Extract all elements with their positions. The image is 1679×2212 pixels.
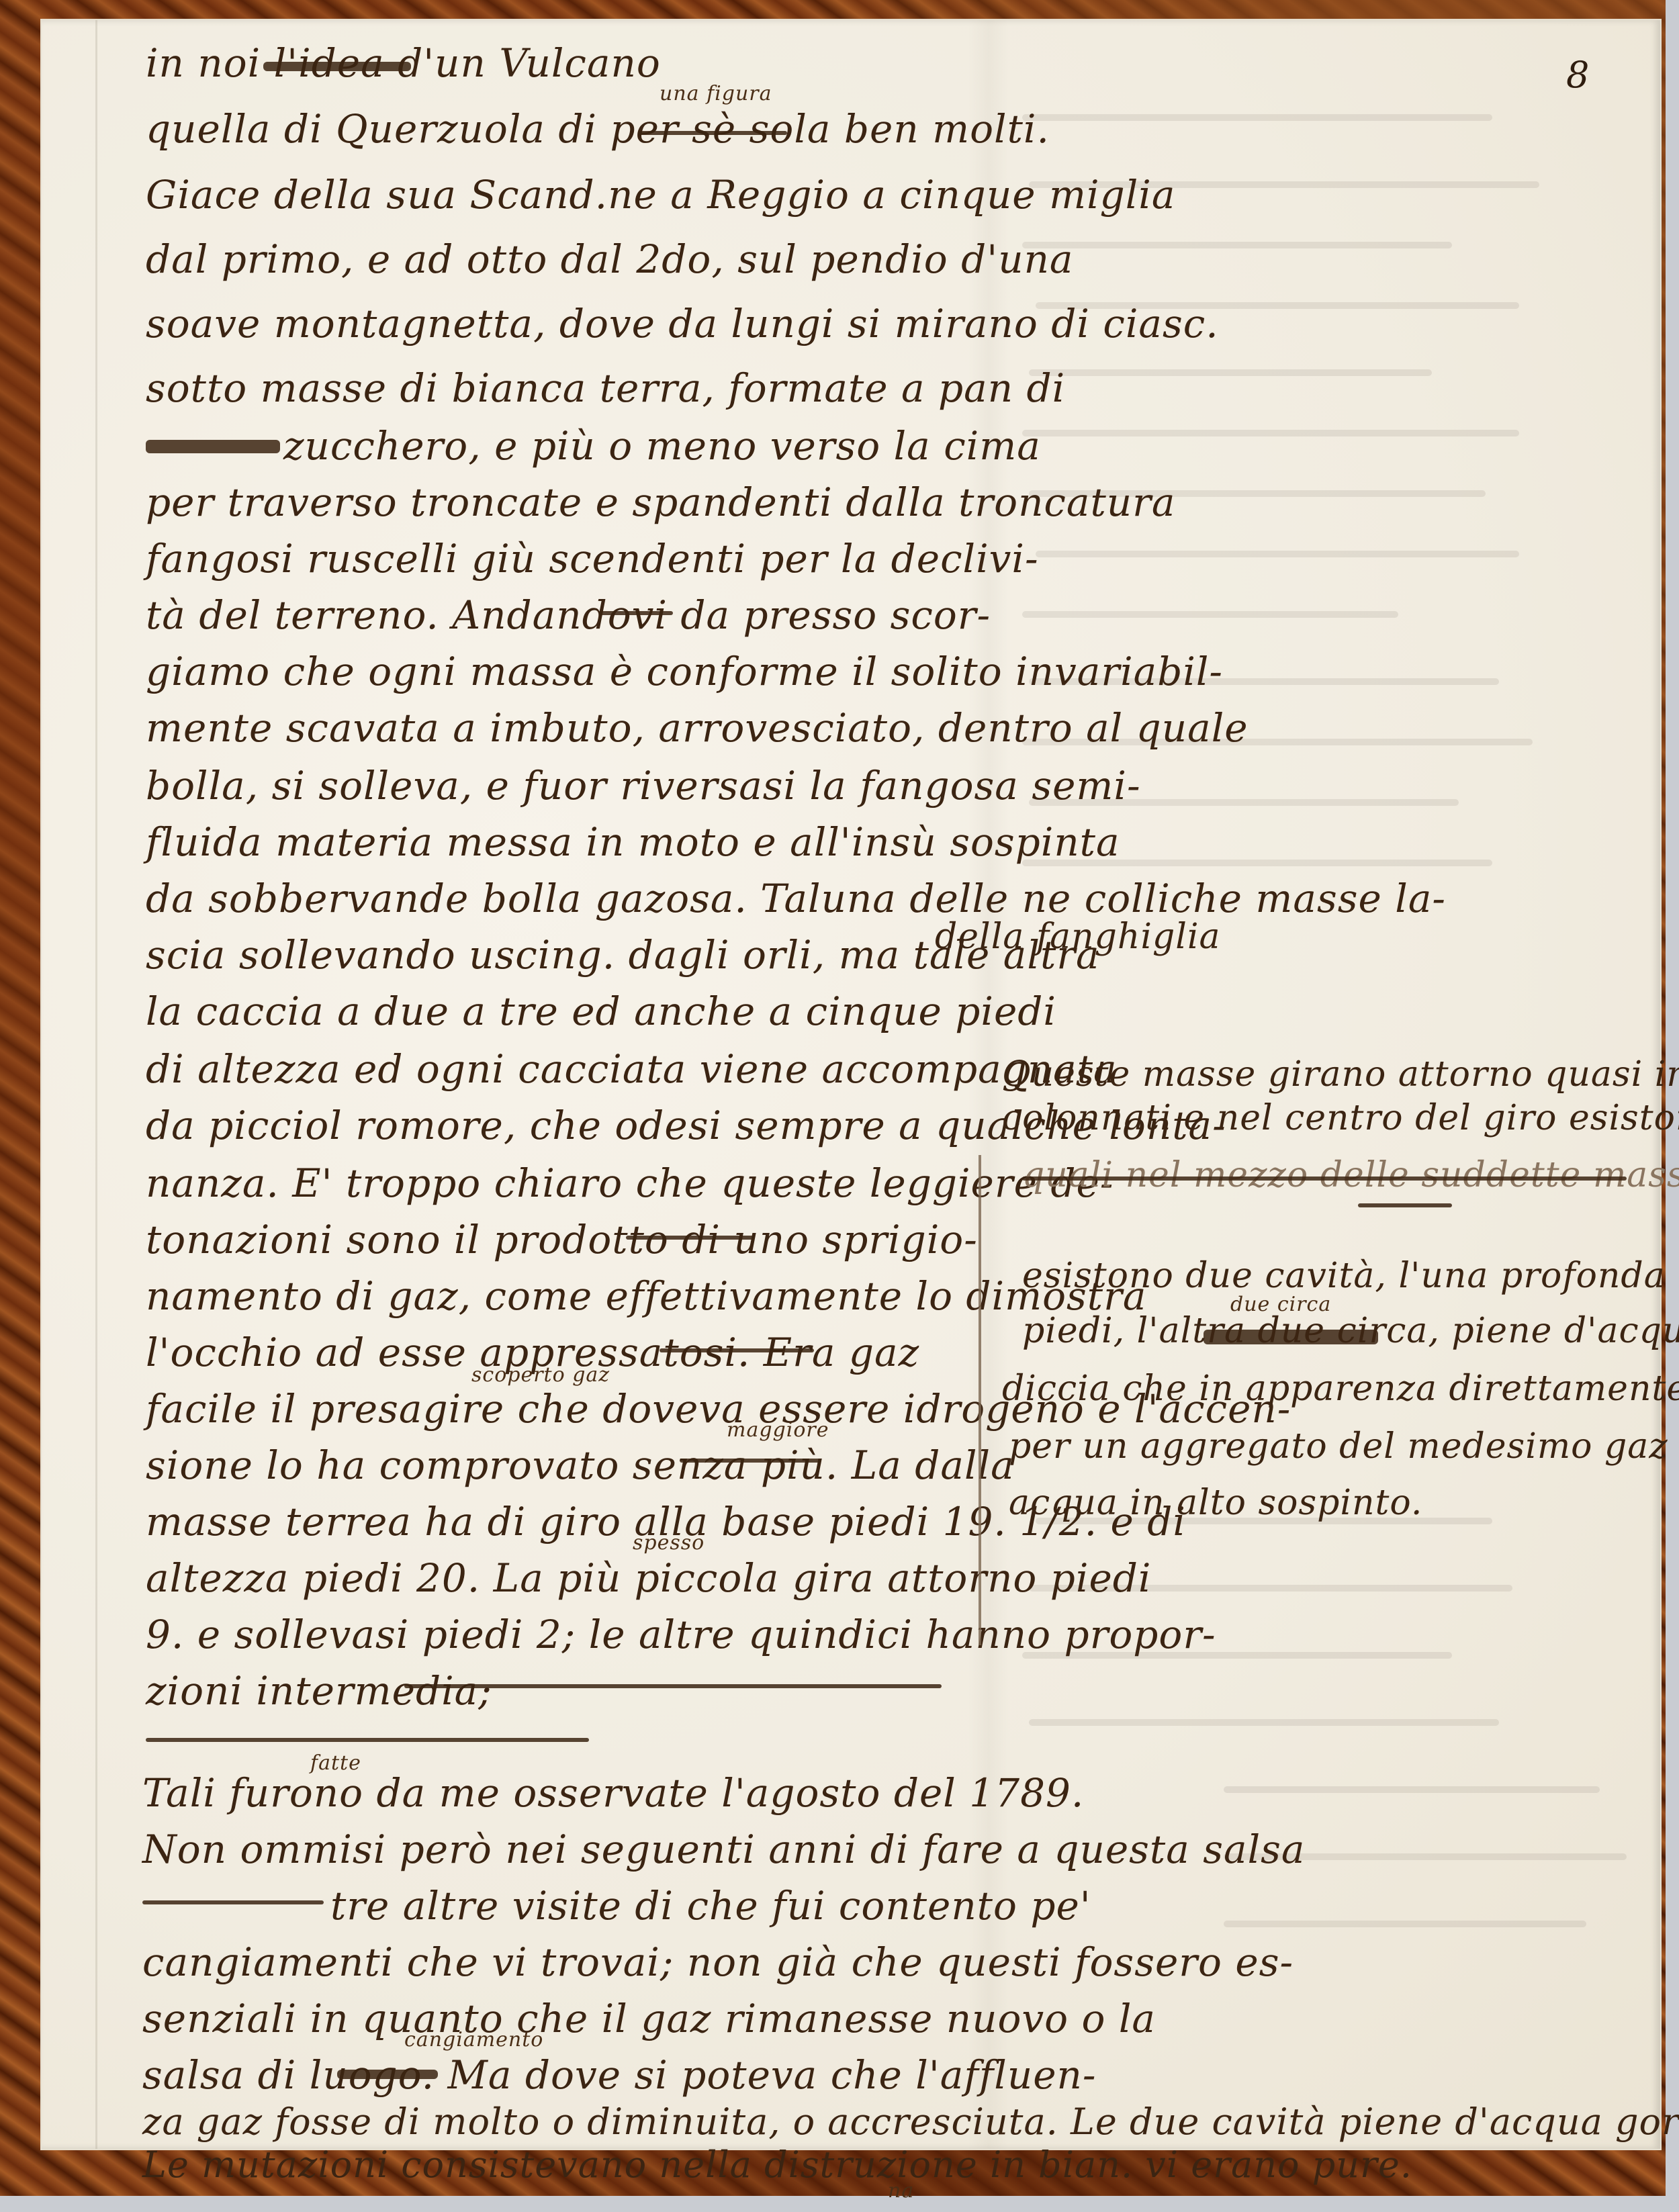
main-text-line: da sobbervande bolla gazosa. Taluna dell… bbox=[146, 876, 1446, 921]
margin-note-line: acqua in alto sospinto. bbox=[1009, 1483, 1422, 1523]
main-text-line: bolla, si solleva, e fuor riversasi la f… bbox=[146, 763, 1141, 809]
strikethrough bbox=[404, 1684, 942, 1688]
margin-note-line: piedi, l'altra due circa, piene d'acqua … bbox=[1022, 1311, 1679, 1351]
main-text-line: namento di gaz, come effettivamente lo d… bbox=[146, 1273, 1146, 1319]
bleed-through-text bbox=[1022, 242, 1452, 248]
main-text-line: giamo che ogni massa è conforme il solit… bbox=[146, 649, 1223, 694]
interlinear-insertion: una figura bbox=[660, 82, 772, 105]
strikethrough bbox=[263, 62, 411, 71]
strikethrough bbox=[337, 2070, 438, 2079]
page-edge bbox=[95, 20, 97, 2149]
margin-note: della fanghiglia bbox=[935, 917, 1221, 957]
bleed-through-text bbox=[1022, 611, 1398, 618]
interlinear-insertion: spesso bbox=[633, 1531, 705, 1555]
main-text-line: zucchero, e più o meno verso la cima bbox=[283, 423, 1041, 469]
strikethrough bbox=[680, 1459, 821, 1463]
main-text-line: tonazioni sono il prodotto di uno sprigi… bbox=[146, 1217, 978, 1262]
main-text-line: dal primo, e ad otto dal 2do, sul pendio… bbox=[146, 236, 1074, 282]
background-strip bbox=[0, 2196, 1679, 2212]
main-text-line: Giace della sua Scand.ne a Reggio a cinq… bbox=[146, 172, 1175, 218]
main-text-line: soave montagnetta, dove da lungi si mira… bbox=[146, 301, 1219, 347]
bleed-through-text bbox=[1029, 369, 1432, 376]
strikethrough bbox=[626, 1236, 754, 1240]
bleed-through-text bbox=[1029, 1719, 1499, 1726]
margin-note-struck: quali nel mezzo delle suddette masse bbox=[1022, 1155, 1679, 1195]
strikethrough bbox=[1022, 1177, 1627, 1181]
main-text-line: sione lo ha comprovato senza più. La dal… bbox=[146, 1442, 1015, 1488]
manuscript-page: 8 in noi l'idea d'un Vulcano una figura … bbox=[42, 20, 1660, 2149]
bleed-through-text bbox=[1036, 551, 1519, 557]
main-text-line: fluida materia messa in moto e all'insù … bbox=[146, 819, 1120, 865]
main-text-line: Non ommisi però nei seguenti anni di far… bbox=[142, 1827, 1306, 1872]
bleed-through-text bbox=[1224, 1921, 1586, 1927]
bleed-through-text bbox=[1022, 114, 1492, 121]
margin-note-line: colonnati e nel centro del giro esistono bbox=[1002, 1098, 1679, 1138]
interlinear-insertion: na bbox=[888, 2179, 914, 2203]
interlinear-insertion: scoperto gaz bbox=[471, 1363, 610, 1387]
main-text-line: altezza piedi 20. La più piccola gira at… bbox=[146, 1555, 1151, 1601]
main-text-line: za gaz fosse di molto o diminuita, o acc… bbox=[142, 2101, 1679, 2143]
strikethrough bbox=[599, 611, 673, 615]
strikethrough bbox=[146, 440, 280, 453]
page-number: 8 bbox=[1566, 54, 1589, 96]
main-text-line: cangiamenti che vi trovai; non già che q… bbox=[142, 1939, 1294, 1985]
main-text-line: zioni intermedia; bbox=[146, 1668, 492, 1714]
main-text-line: per traverso troncate e spandenti dalla … bbox=[146, 479, 1175, 525]
main-text-line: tre altre visite di che fui contento pe' bbox=[330, 1883, 1091, 1929]
margin-bracket-line bbox=[979, 1155, 981, 1645]
margin-note-line: per un aggregato del medesimo gaz da que… bbox=[1009, 1426, 1679, 1467]
strikethrough bbox=[639, 131, 787, 135]
main-text-line: di altezza ed ogni cacciata viene accomp… bbox=[146, 1046, 1118, 1092]
strikethrough bbox=[660, 1348, 814, 1352]
strikethrough bbox=[1358, 1203, 1452, 1207]
interlinear-insertion: cangiamento bbox=[404, 2028, 543, 2052]
main-text-line: mente scavata a imbuto, arrovesciato, de… bbox=[146, 705, 1249, 751]
bleed-through-text bbox=[1224, 1786, 1600, 1793]
strikethrough bbox=[146, 1738, 589, 1742]
margin-note-line: diccia che in apparenza direttamente bol… bbox=[1002, 1369, 1679, 1409]
strikethrough bbox=[142, 1900, 324, 1904]
main-text-line: Tali furono da me osservate l'agosto del… bbox=[142, 1770, 1084, 1816]
main-text-line: salsa di luogo. Ma dove si poteva che l'… bbox=[142, 2052, 1097, 2098]
margin-note-line: Queste masse girano attorno quasi in bbox=[1002, 1054, 1679, 1095]
interlinear-insertion: maggiore bbox=[727, 1418, 829, 1442]
main-text-line: fangosi ruscelli giù scendenti per la de… bbox=[146, 536, 1039, 582]
main-text-line: Le mutazioni consistevano nella distruzi… bbox=[142, 2144, 1412, 2186]
main-text-line: nanza. E' troppo chiaro che queste leggi… bbox=[146, 1160, 1114, 1206]
bleed-through-text bbox=[1022, 430, 1519, 436]
main-text-line: quella di Querzuola di per sè sola ben m… bbox=[146, 106, 1050, 152]
main-text-line: sotto masse di bianca terra, formate a p… bbox=[146, 365, 1065, 411]
margin-note-line: esistono due cavità, l'una profonda tre bbox=[1022, 1256, 1679, 1296]
main-text-line: tà del terreno. Andandovi da presso scor… bbox=[146, 592, 991, 638]
main-text-line: 9. e sollevasi piedi 2; le altre quindic… bbox=[146, 1612, 1216, 1657]
main-text-line: senziali in quanto che il gaz rimanesse … bbox=[142, 1996, 1156, 2041]
main-text-line: la caccia a due a tre ed anche a cinque … bbox=[146, 988, 1056, 1034]
